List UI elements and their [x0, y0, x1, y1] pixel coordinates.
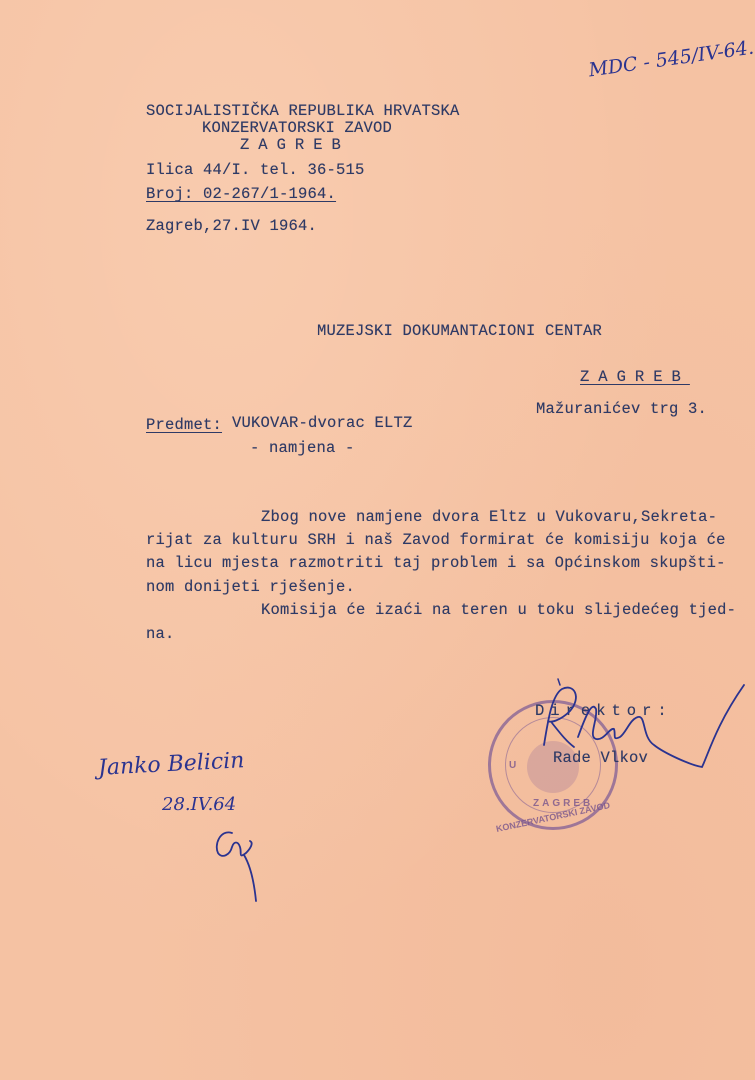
letterhead-line2: KONZERVATORSKI ZAVOD [202, 121, 392, 137]
body-line-3: na licu mjesta razmotriti taj problem i … [146, 556, 726, 572]
body-line-5: Komisija će izaći na teren u toku slijed… [261, 603, 736, 619]
subject-subtext: - namjena - [250, 441, 355, 457]
subject-label: Predmet: [146, 418, 222, 434]
body-line-1: Zbog nove namjene dvora Eltz u Vukovaru,… [261, 510, 717, 526]
letterhead-address: Ilica 44/I. tel. 36-515 [146, 163, 365, 179]
letterhead-line1: SOCIJALISTIČKA REPUBLIKA HRVATSKA [146, 104, 460, 120]
handwritten-note-date: 28.IV.64 [162, 796, 236, 814]
stamp-text-letter: U [509, 761, 516, 771]
place-date: Zagreb,27.IV 1964. [146, 219, 317, 235]
letterhead-line3: ZAGREB [240, 138, 350, 154]
body-line-2: rijat za kulturu SRH i naš Zavod formira… [146, 533, 726, 549]
handwritten-initials-icon [210, 825, 270, 905]
recipient-name: MUZEJSKI DOKUMANTACIONI CENTAR [317, 324, 602, 340]
recipient-city: ZAGREB [580, 370, 690, 386]
director-signature-icon [530, 675, 755, 785]
handwritten-note-name: Janko Belicin [98, 750, 245, 780]
letter-page: MDC - 545/IV-64. SOCIJALISTIČKA REPUBLIK… [0, 0, 755, 1080]
body-line-4: nom donijeti rješenje. [146, 580, 355, 596]
subject-text: VUKOVAR-dvorac ELTZ [232, 416, 413, 432]
recipient-street: Mažuranićev trg 3. [536, 402, 707, 418]
body-line-6: na. [146, 627, 175, 643]
archive-reference-handwritten: MDC - 545/IV-64. [587, 39, 755, 81]
reference-number: Broj: 02-267/1-1964. [146, 187, 336, 203]
